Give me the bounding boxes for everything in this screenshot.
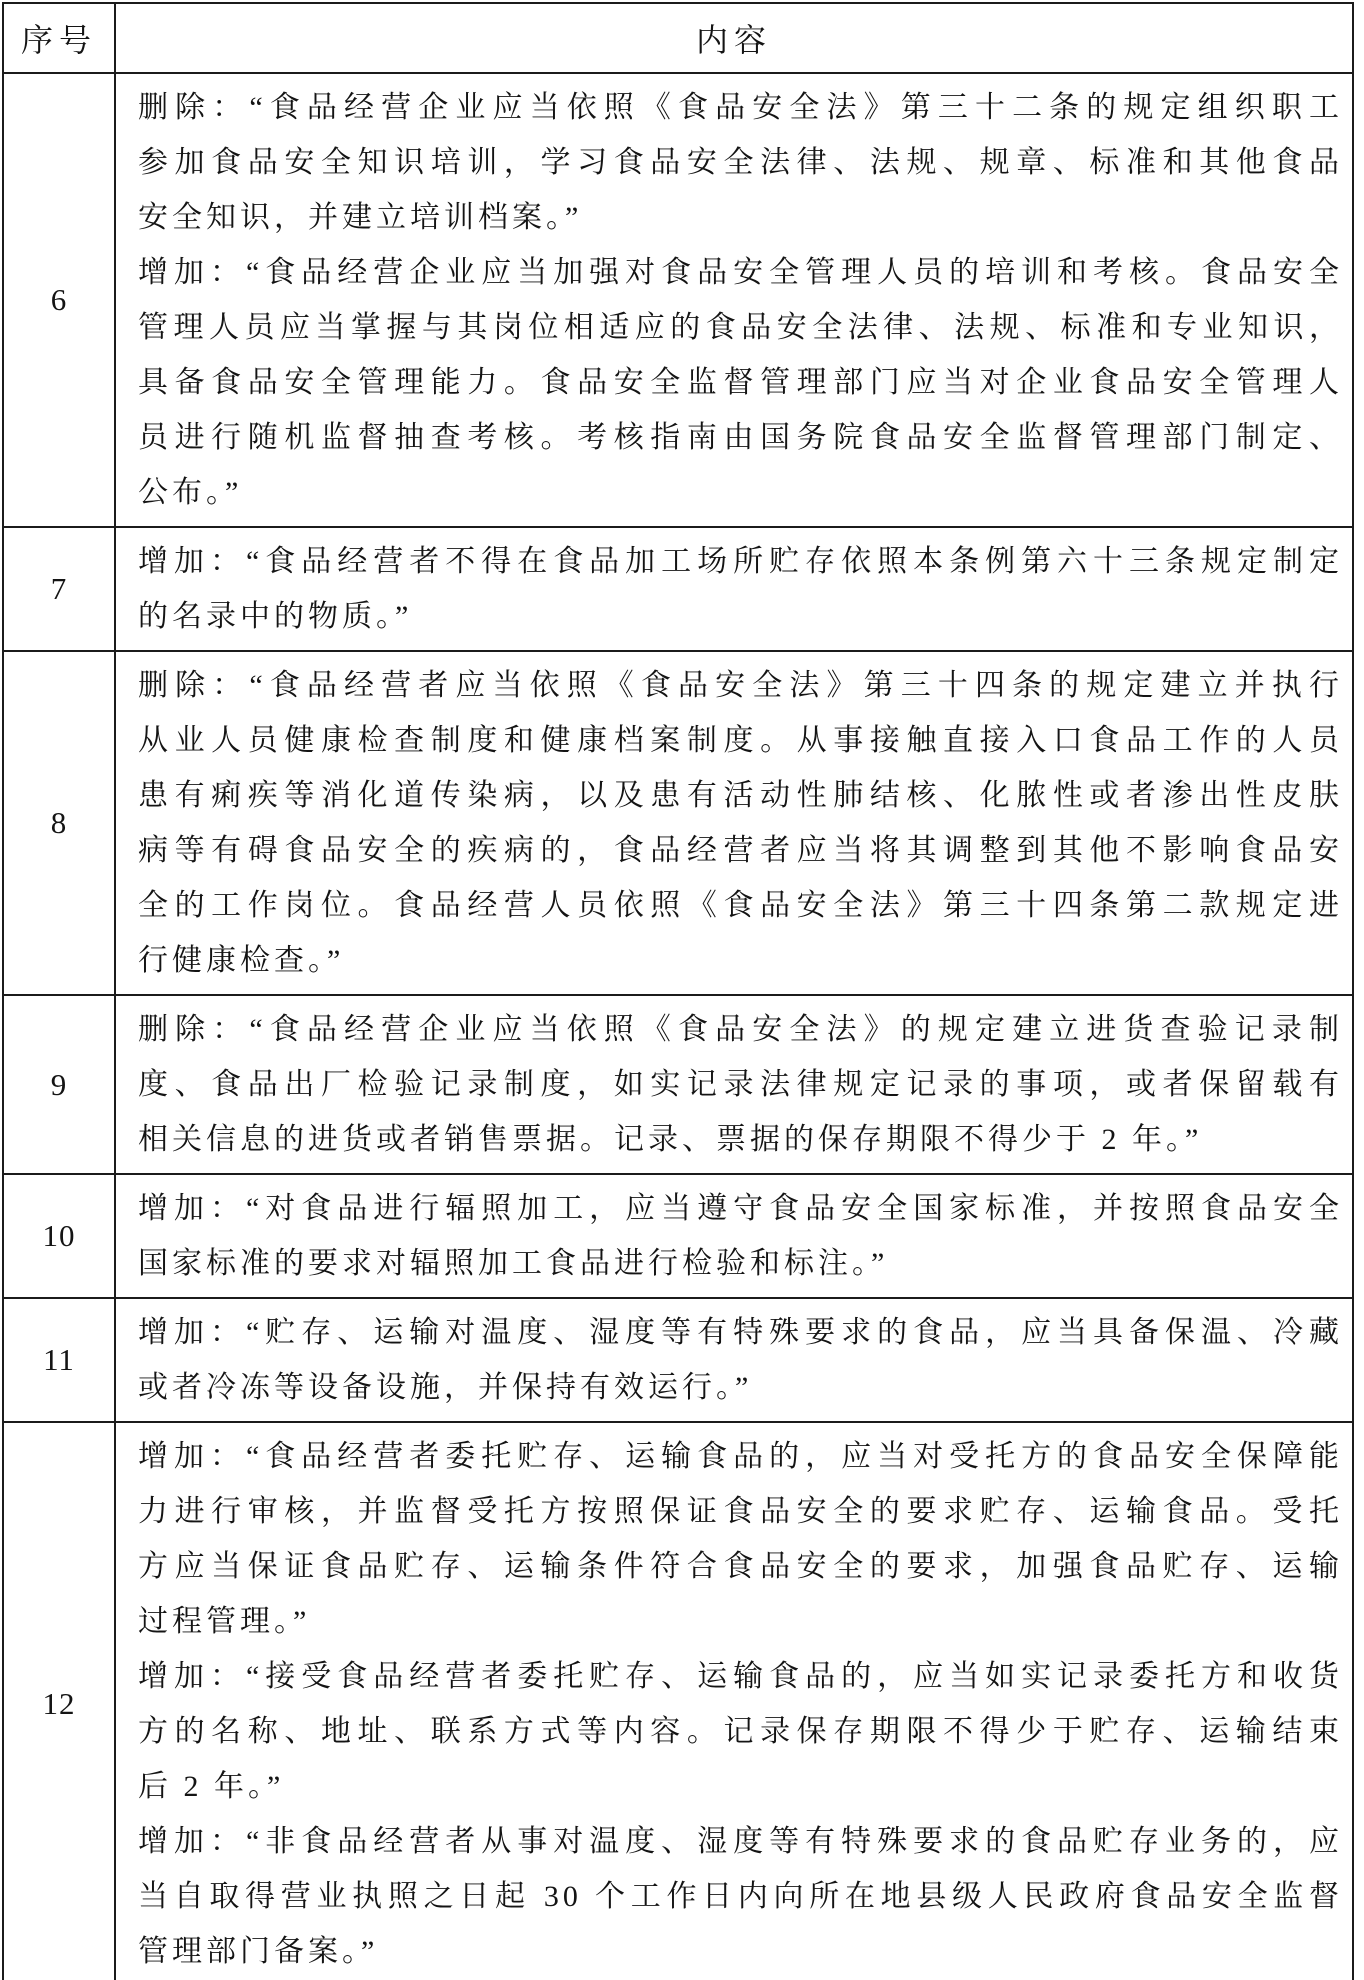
paragraph: 增加：“食品经营企业应当加强对食品安全管理人员的培训和考核。食品安全管理人员应当… — [138, 245, 1343, 520]
text-line: 增加：“贮存、运输对温度、湿度等有特殊要求的食品，应当具备保温、冷藏 — [138, 1305, 1343, 1360]
paragraph: 删除：“食品经营企业应当依照《食品安全法》的规定建立进货查验记录制度、食品出厂检… — [138, 1002, 1343, 1167]
row-number: 7 — [3, 527, 115, 651]
text-line: 力进行审核，并监督受托方按照保证食品安全的要求贮存、运输食品。受托 — [138, 1484, 1343, 1539]
table-row: 12增加：“食品经营者委托贮存、运输食品的，应当对受托方的食品安全保障能力进行审… — [3, 1422, 1353, 1980]
text-line: 管理人员应当掌握与其岗位相适应的食品安全法律、法规、标准和专业知识， — [138, 300, 1343, 355]
text-line: 增加：“食品经营者不得在食品加工场所贮存依照本条例第六十三条规定制定 — [138, 534, 1343, 589]
paragraph: 删除：“食品经营者应当依照《食品安全法》第三十四条的规定建立并执行从业人员健康检… — [138, 658, 1343, 988]
row-number: 11 — [3, 1298, 115, 1422]
row-number: 9 — [3, 995, 115, 1174]
table-row: 10增加：“对食品进行辐照加工，应当遵守食品安全国家标准，并按照食品安全国家标准… — [3, 1174, 1353, 1298]
row-number: 10 — [3, 1174, 115, 1298]
regulation-changes-table: 序号 内容 6删除：“食品经营企业应当依照《食品安全法》第三十二条的规定组织职工… — [2, 2, 1354, 1980]
text-line: 的名录中的物质。” — [138, 589, 1343, 644]
table-row: 9删除：“食品经营企业应当依照《食品安全法》的规定建立进货查验记录制度、食品出厂… — [3, 995, 1353, 1174]
text-line: 管理部门备案。” — [138, 1924, 1343, 1979]
table-row: 7增加：“食品经营者不得在食品加工场所贮存依照本条例第六十三条规定制定的名录中的… — [3, 527, 1353, 651]
text-line: 公布。” — [138, 465, 1343, 520]
paragraph: 增加：“对食品进行辐照加工，应当遵守食品安全国家标准，并按照食品安全国家标准的要… — [138, 1181, 1343, 1291]
header-cell-number: 序号 — [3, 3, 115, 73]
table-row: 11增加：“贮存、运输对温度、湿度等有特殊要求的食品，应当具备保温、冷藏或者冷冻… — [3, 1298, 1353, 1422]
row-number: 6 — [3, 73, 115, 527]
text-line: 删除：“食品经营者应当依照《食品安全法》第三十四条的规定建立并执行 — [138, 658, 1343, 713]
text-line: 方的名称、地址、联系方式等内容。记录保存期限不得少于贮存、运输结束 — [138, 1704, 1343, 1759]
text-line: 具备食品安全管理能力。食品安全监督管理部门应当对企业食品安全管理人 — [138, 355, 1343, 410]
text-line: 增加：“非食品经营者从事对温度、湿度等有特殊要求的食品贮存业务的，应 — [138, 1814, 1343, 1869]
row-content: 增加：“食品经营者不得在食品加工场所贮存依照本条例第六十三条规定制定的名录中的物… — [115, 527, 1353, 651]
row-number: 8 — [3, 651, 115, 995]
row-content: 删除：“食品经营企业应当依照《食品安全法》第三十二条的规定组织职工参加食品安全知… — [115, 73, 1353, 527]
row-content: 增加：“食品经营者委托贮存、运输食品的，应当对受托方的食品安全保障能力进行审核，… — [115, 1422, 1353, 1980]
text-line: 删除：“食品经营企业应当依照《食品安全法》第三十二条的规定组织职工 — [138, 80, 1343, 135]
text-line: 全的工作岗位。食品经营人员依照《食品安全法》第三十四条第二款规定进 — [138, 878, 1343, 933]
row-number: 12 — [3, 1422, 115, 1980]
text-line: 相关信息的进货或者销售票据。记录、票据的保存期限不得少于 2 年。” — [138, 1112, 1343, 1167]
row-content: 增加：“贮存、运输对温度、湿度等有特殊要求的食品，应当具备保温、冷藏或者冷冻等设… — [115, 1298, 1353, 1422]
text-line: 从业人员健康检查制度和健康档案制度。从事接触直接入口食品工作的人员 — [138, 713, 1343, 768]
text-line: 后 2 年。” — [138, 1759, 1343, 1814]
text-line: 安全知识，并建立培训档案。” — [138, 190, 1343, 245]
text-line: 增加：“食品经营企业应当加强对食品安全管理人员的培训和考核。食品安全 — [138, 245, 1343, 300]
text-line: 增加：“对食品进行辐照加工，应当遵守食品安全国家标准，并按照食品安全 — [138, 1181, 1343, 1236]
paragraph: 增加：“食品经营者委托贮存、运输食品的，应当对受托方的食品安全保障能力进行审核，… — [138, 1429, 1343, 1649]
paragraph: 删除：“食品经营企业应当依照《食品安全法》第三十二条的规定组织职工参加食品安全知… — [138, 80, 1343, 245]
text-line: 度、食品出厂检验记录制度，如实记录法律规定记录的事项，或者保留载有 — [138, 1057, 1343, 1112]
row-content: 删除：“食品经营企业应当依照《食品安全法》的规定建立进货查验记录制度、食品出厂检… — [115, 995, 1353, 1174]
text-line: 患有痢疾等消化道传染病，以及患有活动性肺结核、化脓性或者渗出性皮肤 — [138, 768, 1343, 823]
text-line: 增加：“接受食品经营者委托贮存、运输食品的，应当如实记录委托方和收货 — [138, 1649, 1343, 1704]
row-content: 增加：“对食品进行辐照加工，应当遵守食品安全国家标准，并按照食品安全国家标准的要… — [115, 1174, 1353, 1298]
text-line: 删除：“食品经营企业应当依照《食品安全法》的规定建立进货查验记录制 — [138, 1002, 1343, 1057]
table-row: 6删除：“食品经营企业应当依照《食品安全法》第三十二条的规定组织职工参加食品安全… — [3, 73, 1353, 527]
header-cell-content: 内容 — [115, 3, 1353, 73]
text-line: 行健康检查。” — [138, 933, 1343, 988]
text-line: 员进行随机监督抽查考核。考核指南由国务院食品安全监督管理部门制定、 — [138, 410, 1343, 465]
row-content: 删除：“食品经营者应当依照《食品安全法》第三十四条的规定建立并执行从业人员健康检… — [115, 651, 1353, 995]
paragraph: 增加：“非食品经营者从事对温度、湿度等有特殊要求的食品贮存业务的，应当自取得营业… — [138, 1814, 1343, 1979]
text-line: 病等有碍食品安全的疾病的，食品经营者应当将其调整到其他不影响食品安 — [138, 823, 1343, 878]
text-line: 方应当保证食品贮存、运输条件符合食品安全的要求，加强食品贮存、运输 — [138, 1539, 1343, 1594]
text-line: 过程管理。” — [138, 1594, 1343, 1649]
paragraph: 增加：“贮存、运输对温度、湿度等有特殊要求的食品，应当具备保温、冷藏或者冷冻等设… — [138, 1305, 1343, 1415]
text-line: 或者冷冻等设备设施，并保持有效运行。” — [138, 1360, 1343, 1415]
header-row: 序号 内容 — [3, 3, 1353, 73]
text-line: 当自取得营业执照之日起 30 个工作日内向所在地县级人民政府食品安全监督 — [138, 1869, 1343, 1924]
table-row: 8删除：“食品经营者应当依照《食品安全法》第三十四条的规定建立并执行从业人员健康… — [3, 651, 1353, 995]
paragraph: 增加：“食品经营者不得在食品加工场所贮存依照本条例第六十三条规定制定的名录中的物… — [138, 534, 1343, 644]
text-line: 增加：“食品经营者委托贮存、运输食品的，应当对受托方的食品安全保障能 — [138, 1429, 1343, 1484]
text-line: 国家标准的要求对辐照加工食品进行检验和标注。” — [138, 1236, 1343, 1291]
paragraph: 增加：“接受食品经营者委托贮存、运输食品的，应当如实记录委托方和收货方的名称、地… — [138, 1649, 1343, 1814]
text-line: 参加食品安全知识培训，学习食品安全法律、法规、规章、标准和其他食品 — [138, 135, 1343, 190]
table-body: 6删除：“食品经营企业应当依照《食品安全法》第三十二条的规定组织职工参加食品安全… — [3, 73, 1353, 1980]
